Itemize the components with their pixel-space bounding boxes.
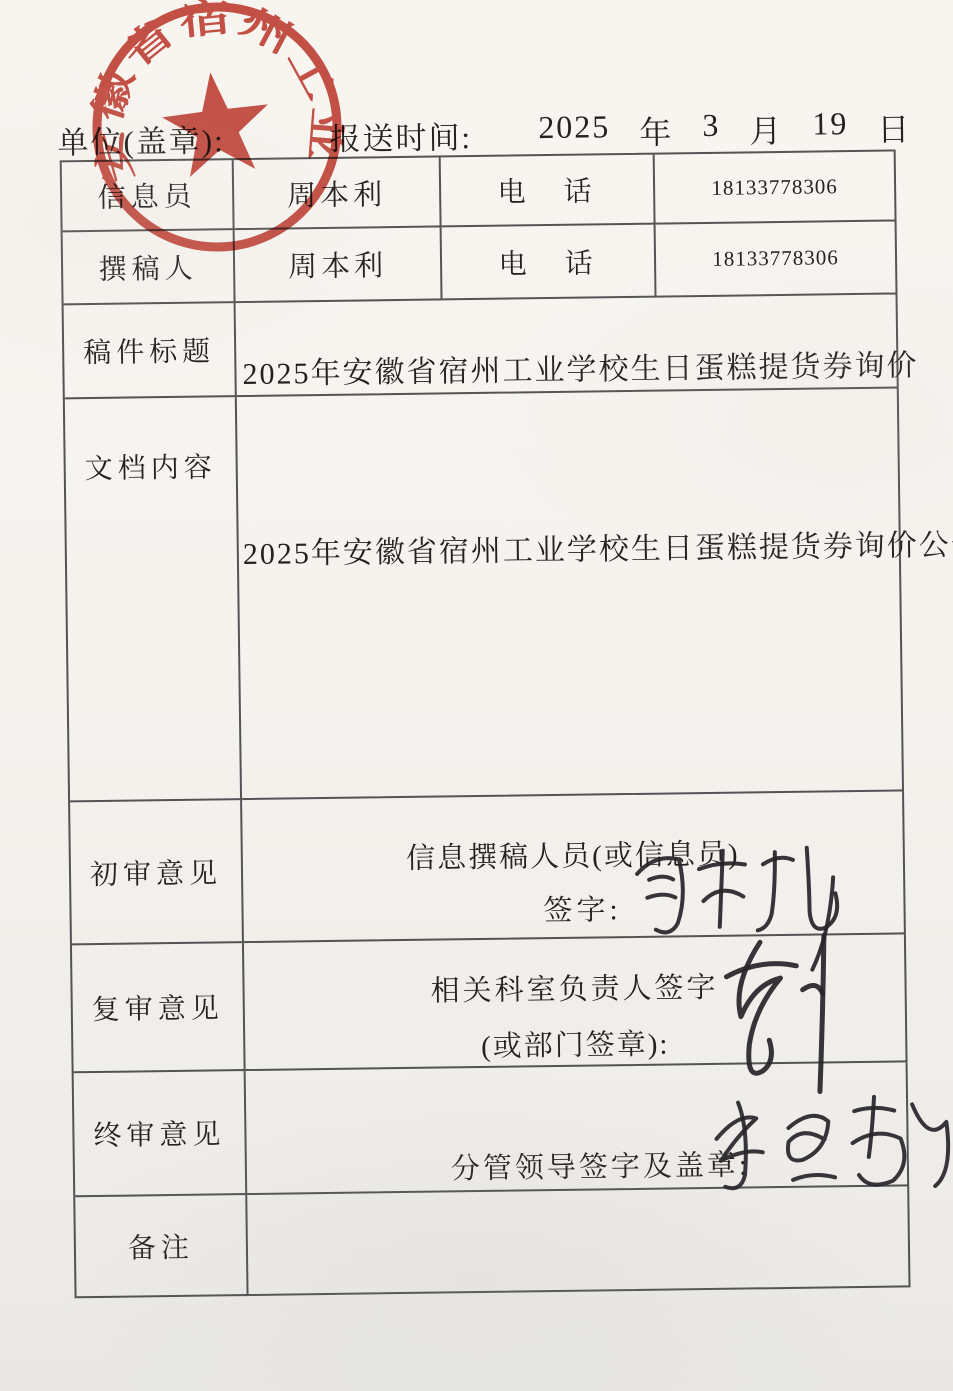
author-phone-value: 18133778306: [656, 221, 898, 297]
document-content-cell: 2025年安徽省宿州工业学校生日蛋糕提货券询价公告: [237, 388, 904, 800]
author-phone-label: 电 话: [442, 225, 657, 301]
date-day: 19: [812, 105, 849, 151]
date-year: 2025: [538, 108, 611, 155]
final-review-label: 终审意见: [74, 1071, 248, 1197]
date-month: 3: [702, 107, 721, 153]
info-phone-value: 18133778306: [655, 151, 897, 224]
info-phone-label: 电 话: [441, 155, 656, 228]
first-review-label: 初审意见: [70, 800, 244, 945]
signature-final-reviewer: [704, 1084, 953, 1207]
manuscript-title-value: 2025年安徽省宿州工业学校生日蛋糕提货券询价: [242, 340, 919, 393]
second-review-label: 复审意见: [72, 943, 246, 1073]
scanned-form-page: { "header": { "unit_label": "单位(盖章):", "…: [0, 0, 953, 1391]
date-year-unit: 年: [639, 107, 674, 153]
official-seal-stamp: 安徽省宿州工业学校: [64, 0, 369, 280]
date-month-unit: 月: [749, 106, 784, 152]
manuscript-title-label: 稿件标题: [64, 303, 237, 399]
submit-date: 2025 年 3 月 19 日: [538, 104, 912, 155]
star-icon: [157, 66, 275, 180]
signature-strokes: [716, 1096, 949, 1189]
remarks-label: 备注: [75, 1195, 248, 1298]
document-content-label: 文档内容: [65, 397, 242, 802]
manuscript-title-cell: 2025年安徽省宿州工业学校生日蛋糕提货券询价: [236, 294, 899, 397]
date-day-unit: 日: [877, 104, 912, 150]
signature-second-reviewer: [696, 931, 850, 1101]
first-review-sign-label: 签字:: [543, 887, 622, 929]
document-content-value: 2025年安徽省宿州工业学校生日蛋糕提货券询价公告: [243, 519, 953, 573]
signature-strokes: [726, 935, 826, 1092]
